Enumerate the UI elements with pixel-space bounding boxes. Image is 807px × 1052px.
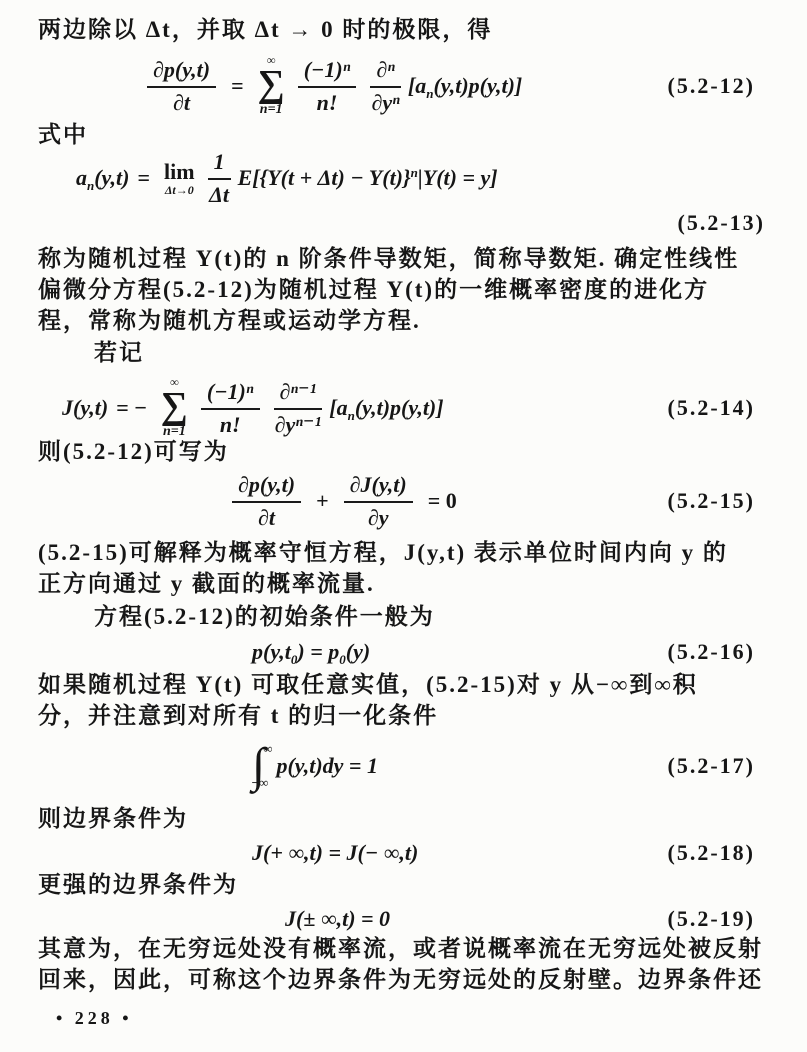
fraction-one-over-dt: 1 Δt [208,149,231,207]
fraction-dp-dt: ∂p(y,t) ∂t [232,472,301,530]
boundary-condition-term: J(+ ∞,t) = J(− ∞,t) [252,840,418,866]
fraction-denominator: n! [220,410,241,437]
summation-symbol: ∞ ∑ n=1 [258,54,285,117]
fraction-denominator: Δt [209,180,229,207]
lhs-base: a [76,165,87,190]
operand-term: [an(y,t)p(y,t)] [408,73,522,99]
strong-boundary-term: J(± ∞,t) = 0 [285,906,390,932]
equation-number: (5.2-17) [668,753,755,779]
term-post: (y) [346,639,370,664]
body-line-intro: 两边除以 Δt，并取 Δt → 0 时的极限，得 [38,15,492,45]
operand-term: [an(y,t)p(y,t)] [329,395,443,421]
fraction-numerator: (−1)ⁿ [201,379,260,409]
equals-sign: = [231,73,244,99]
equation-5-2-15: ∂p(y,t) ∂t + ∂J(y,t) ∂y = 0 (5.2-15) [0,470,807,532]
lhs-term: an(y,t) [76,165,129,191]
lhs-term: J(y,t) [62,395,108,421]
integrand: p(y,t)dy = 1 [276,753,378,779]
equals-sign: = [137,165,150,191]
rhs-post: |Y(t) = y] [418,165,498,190]
integral-lower-limit: −∞ [251,775,272,791]
limit-symbol: lim Δt→0 [164,160,195,195]
fraction-dj-dy: ∂J(y,t) ∂y [344,472,413,530]
equation-5-2-12: ∂p(y,t) ∂t = ∞ ∑ n=1 (−1)ⁿ n! ∂ⁿ ∂yⁿ [an… [0,48,807,124]
integral-term: ∫ ∞ −∞ p(y,t)dy = 1 [252,741,378,791]
fraction-denominator: ∂yⁿ⁻¹ [275,410,322,437]
equation-number: (5.2-14) [668,395,755,421]
integral-upper-limit: ∞ [263,741,272,757]
fraction-coefficient: (−1)ⁿ n! [298,57,357,115]
equation-number: (5.2-19) [668,906,755,932]
plus-sign: + [316,488,329,514]
equation-5-2-13: an(y,t) = lim Δt→0 1 Δt E[{Y(t + Δt) − Y… [0,150,807,206]
rhs-pre: E[{Y(t + Δt) − Y(t)} [238,165,411,190]
term-mid: ) = p [297,639,339,664]
sigma-icon: ∑ [161,388,188,424]
paragraph-line: 回来，因此，可称这个边界条件为无穷远处的反射壁。边界条件还 [38,965,763,995]
fraction-dp-dt: ∂p(y,t) ∂t [147,57,216,115]
paragraph-line: 如果随机过程 Y(t) 可取任意实值，(5.2-15)对 y 从−∞到∞积 [38,670,698,700]
equation-5-2-16: p(y,t0) = p0(y) (5.2-16) [0,634,807,670]
equation-number: (5.2-12) [668,73,755,99]
equation-number: (5.2-15) [668,488,755,514]
fraction-numerator: (−1)ⁿ [298,57,357,87]
operand-post: (y,t)p(y,t)] [355,395,444,420]
operand-pre: [a [329,395,347,420]
initial-condition-term: p(y,t0) = p0(y) [252,639,370,665]
summation-symbol: ∞ ∑ n=1 [161,376,188,439]
body-line-chushi: 方程(5.2-12)的初始条件一般为 [94,602,435,632]
fraction-numerator: 1 [208,149,231,179]
lim-subscript: Δt→0 [165,184,194,196]
fraction-numerator: ∂ⁿ [370,57,401,87]
scanned-book-page: 两边除以 Δt，并取 Δt → 0 时的极限，得 ∂p(y,t) ∂t = ∞ … [0,0,807,1052]
fraction-numerator: ∂p(y,t) [232,472,301,502]
equals-minus-sign: = − [116,395,147,421]
fraction-numerator: ∂J(y,t) [344,472,413,502]
body-line-gengqiang: 更强的边界条件为 [38,870,238,900]
fraction-derivative: ∂ⁿ⁻¹ ∂yⁿ⁻¹ [274,379,323,437]
paragraph-line: 程，常称为随机方程或运动学方程. [38,306,421,336]
paragraph-line: 分，并注意到对所有 t 的归一化条件 [38,701,438,731]
equation-5-2-17: ∫ ∞ −∞ p(y,t)dy = 1 (5.2-17) [0,737,807,795]
sigma-icon: ∑ [258,66,285,102]
fraction-denominator: ∂y [368,503,389,530]
equation-5-2-14: J(y,t) = − ∞ ∑ n=1 (−1)ⁿ n! ∂ⁿ⁻¹ ∂yⁿ⁻¹ [… [0,370,807,446]
body-line-kexiewei: 则(5.2-12)可写为 [38,437,229,467]
paragraph-line: 偏微分方程(5.2-12)为随机过程 Y(t)的一维概率密度的进化方 [38,275,709,305]
paragraph-line: 正方向通过 y 截面的概率流量. [38,569,375,599]
equation-number: (5.2-16) [668,639,755,665]
body-line-shizhong: 式中 [38,120,88,150]
fraction-denominator: ∂t [258,503,275,530]
paragraph-line: (5.2-15)可解释为概率守恒方程，J(y,t) 表示单位时间内向 y 的 [38,538,728,568]
fraction-numerator: ∂p(y,t) [147,57,216,87]
body-line-ruoji: 若记 [94,338,144,368]
fraction-numerator: ∂ⁿ⁻¹ [274,379,323,409]
paragraph-line: 其意为，在无穷远处没有概率流，或者说概率流在无穷远处被反射 [38,934,763,964]
equation-number: (5.2-13) [678,210,765,236]
paragraph-line: 称为随机过程 Y(t)的 n 阶条件导数矩，简称导数矩. 确定性线性 [38,244,739,274]
rhs-superscript: n [411,165,418,180]
sum-lower-limit: n=1 [260,102,283,117]
lhs-post: (y,t) [94,165,129,190]
page-number: • 228 • [56,1008,133,1029]
equation-5-2-18: J(+ ∞,t) = J(− ∞,t) (5.2-18) [0,836,807,870]
fraction-denominator: n! [317,88,338,115]
operand-pre: [a [408,73,426,98]
equation-number: (5.2-18) [668,840,755,866]
fraction-coefficient: (−1)ⁿ n! [201,379,260,437]
fraction-denominator: ∂t [173,88,190,115]
fraction-derivative: ∂ⁿ ∂yⁿ [370,57,401,115]
expectation-term: E[{Y(t + Δt) − Y(t)}n|Y(t) = y] [238,165,498,191]
operand-subscript: n [348,408,355,423]
equals-zero: = 0 [428,488,457,514]
operand-post: (y,t)p(y,t)] [433,73,522,98]
integral-limits: ∞ −∞ [263,741,272,791]
body-line-bianjie: 则边界条件为 [38,804,188,834]
lim-label: lim [164,160,195,183]
equation-5-2-19: J(± ∞,t) = 0 (5.2-19) [0,902,807,936]
term-pre: p(y,t [252,639,291,664]
fraction-denominator: ∂yⁿ [371,88,399,115]
